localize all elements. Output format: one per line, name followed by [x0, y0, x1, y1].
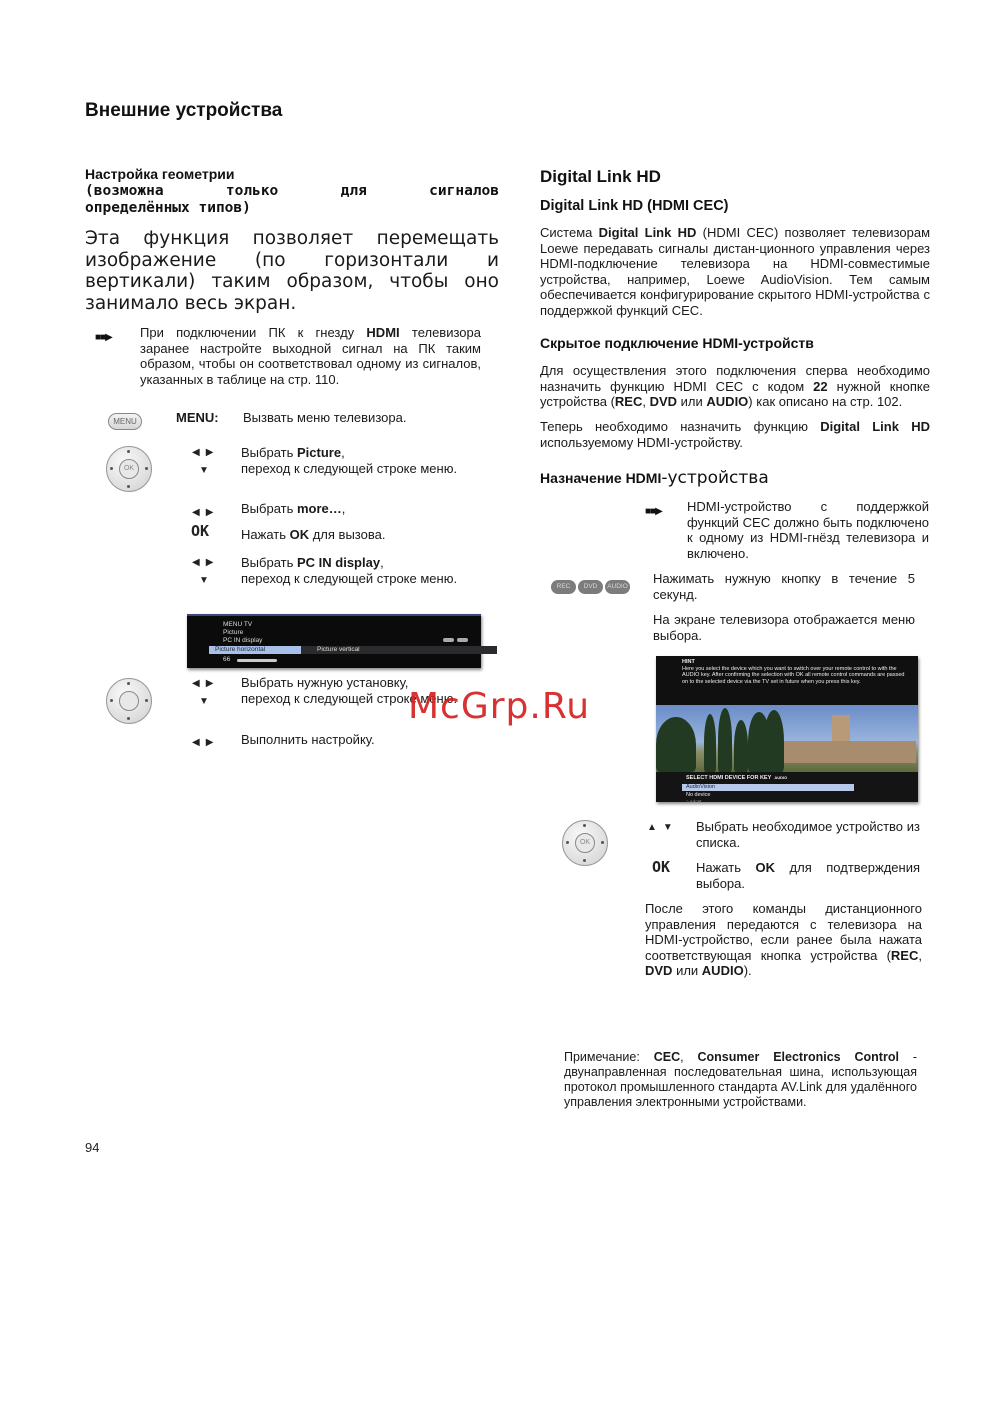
option-selected: AudioVision [682, 784, 854, 791]
menu-key-text: Вызвать меню телевизора. [243, 410, 406, 426]
menu-key-label: MENU: [176, 410, 219, 426]
arrow-right-icon: ■■▶ [95, 332, 112, 343]
section-heading-geometry: Настройка геометрии (возможна только для… [85, 166, 499, 217]
hdmi-device-note: HDMI-устройство с поддержкой функций CEC… [687, 499, 929, 561]
dpad-icon [106, 678, 152, 724]
watermark: McGrp.Ru [408, 686, 590, 727]
step-confirm: Нажать OK для подтверждения выбора. [696, 860, 920, 891]
value-slider [237, 659, 277, 662]
step-press-ok: Нажать OK для вызова. [241, 527, 385, 543]
menu-adjacent-item: Picture vertical [301, 646, 497, 654]
section-heading-hidden-connection: Скрытое подключение HDMI-устройств [540, 335, 814, 351]
footnote-cec: Примечание: CEC, Consumer Electronics Co… [564, 1050, 917, 1110]
page-title: Внешние устройства [85, 100, 282, 122]
option: No device [686, 792, 710, 798]
step-select-device: Выбрать необходимое устройство из списка… [696, 819, 920, 850]
menu-selected-item: Picture horizontal [209, 646, 307, 654]
menu-button-icon: MENU [108, 413, 142, 430]
left-right-arrows-icon: ◀▶ [192, 557, 219, 568]
heading-line-2: (возможна только для сигналов [85, 183, 499, 200]
step-select-picture: Выбрать Picture, переход к следующей стр… [241, 445, 465, 476]
heading-line-1: Настройка геометрии [85, 166, 499, 183]
heading-line-3: определённых типов) [85, 200, 499, 217]
pc-note: При подключении ПК к гнезду HDMI телевиз… [140, 325, 481, 387]
paragraph-after: После этого команды дистанционного управ… [645, 901, 922, 979]
tv-hdmi-select-screenshot: HINT Here you select the device which yo… [656, 656, 918, 802]
ok-key-icon: OK [652, 858, 670, 876]
down-arrow-icon: ▼ [199, 696, 209, 707]
step-select-more: Выбрать more…, [241, 501, 345, 517]
ok-key-icon: OK [191, 522, 209, 540]
arrow-right-icon: ■■▶ [645, 506, 662, 517]
down-arrow-icon: ▼ [199, 575, 209, 586]
left-right-arrows-icon: ◀▶ [192, 447, 219, 458]
step-apply: Выполнить настройку. [241, 732, 375, 748]
paragraph-assign-code: Для осуществления этого подключения спер… [540, 363, 930, 410]
left-right-arrows-icon: ◀▶ [192, 737, 219, 748]
intro-paragraph: Эта функция позволяет перемещать изображ… [85, 228, 499, 314]
step-select-pc-in: Выбрать PC IN display, переход к следующ… [241, 555, 465, 586]
device-buttons-icon: RECDVDAUDIO [551, 575, 632, 594]
down-arrow-icon: ▼ [199, 465, 209, 476]
dpad-ok-icon: OK [562, 820, 608, 866]
tv-menu-screenshot: MENU TV Picture PC IN display Picture ho… [187, 614, 481, 668]
screen-menu-text: На экране телевизора отображается меню в… [653, 612, 915, 643]
left-right-arrows-icon: ◀▶ [192, 678, 219, 689]
up-down-arrows-icon: ▲▼ [647, 822, 679, 833]
paragraph-system: Система Digital Link HD (HDMI CEC) позво… [540, 225, 930, 318]
audio-button-icon: AUDIO [605, 580, 630, 594]
paragraph-assign-function: Теперь необходимо назначить функцию Digi… [540, 419, 930, 450]
page-number: 94 [85, 1140, 99, 1155]
left-right-arrows-icon: ◀▶ [192, 507, 219, 518]
landscape-photo [656, 705, 918, 772]
section-subtitle-hdmi-cec: Digital Link HD (HDMI CEC) [540, 198, 729, 214]
press-button-text: Нажимать нужную кнопку в течение 5 секун… [653, 571, 915, 602]
rec-button-icon: REC [551, 580, 576, 594]
section-heading-hdmi-assignment: Назначение HDMI-устройства [540, 468, 769, 488]
dvd-button-icon: DVD [578, 580, 603, 594]
dpad-ok-icon: OK [106, 446, 152, 492]
section-title-digital-link: Digital Link HD [540, 167, 661, 187]
